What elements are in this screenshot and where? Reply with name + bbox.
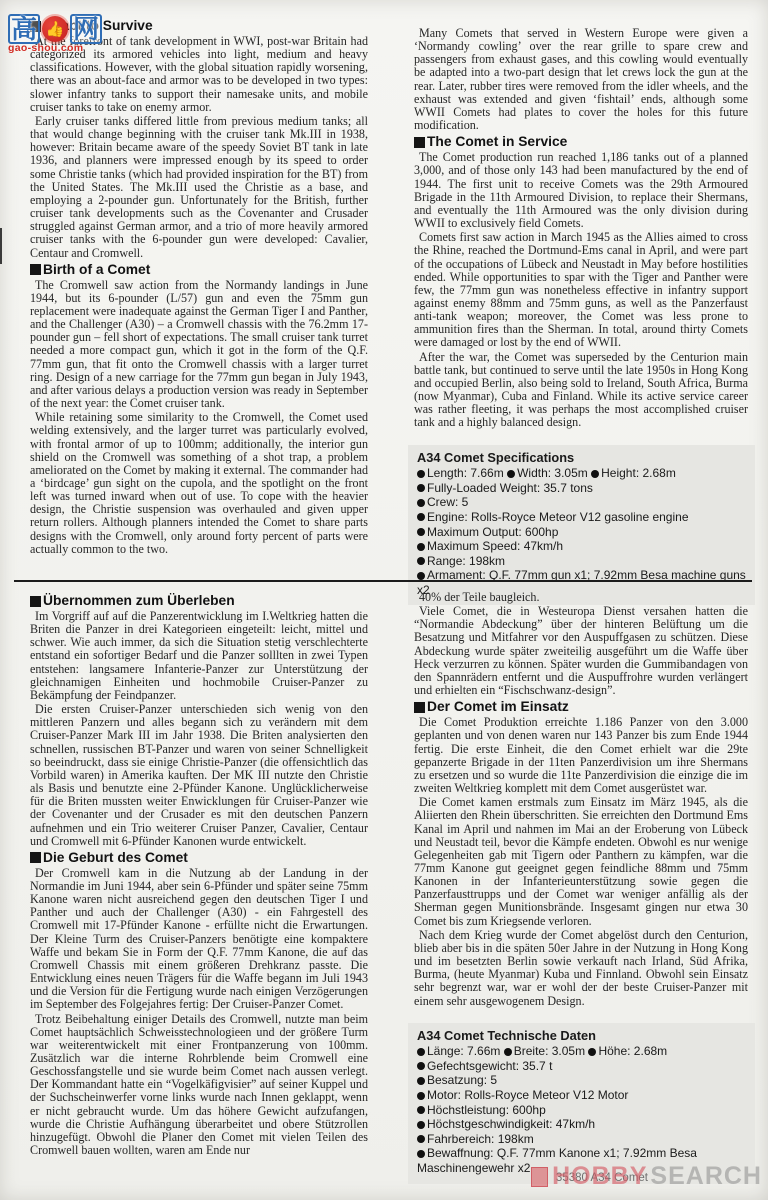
- heading-text: Birth of a Comet: [43, 262, 150, 278]
- heading-text: Übernommen zum Überleben: [43, 593, 235, 609]
- paragraph: After the war, the Comet was superseded …: [414, 351, 748, 430]
- column-english-right: Many Comets that served in Western Europ…: [414, 16, 748, 605]
- spec-item: Fahrbereich: 198km: [417, 1132, 746, 1147]
- paragraph: 40% der Teile baugleich.: [414, 591, 748, 604]
- column-german-left: Übernommen zum Überleben Im Vorgriff auf…: [30, 591, 368, 1158]
- specs-row-dimensions: Length: 7.66m Width: 3.05m Height: 2.68m: [417, 466, 746, 481]
- bullet-dot-icon: [417, 1062, 425, 1070]
- section-marker-square-icon: [30, 264, 41, 275]
- paragraph: Early cruiser tanks differed little from…: [30, 115, 368, 260]
- paragraph: Die Comet kamen erstmals zum Einsatz im …: [414, 796, 748, 928]
- section-marker-square-icon: [414, 702, 425, 713]
- paragraph: The Cromwell saw action from the Normand…: [30, 279, 368, 411]
- hobbysearch-logo-icon: [531, 1167, 548, 1187]
- spec-text: Maximum Output: 600hp: [427, 525, 558, 539]
- spec-item: Width: 3.05m: [507, 466, 588, 481]
- gaoshou-watermark: 高 👍 网 gao-shou.com: [8, 14, 128, 54]
- spec-text: Length: 7.66m: [427, 466, 504, 480]
- paragraph: Die Comet Produktion erreichte 1.186 Pan…: [414, 716, 748, 795]
- paragraph: Im Vorgriff auf auf die Panzerentwicklun…: [30, 610, 368, 702]
- paragraph: While retaining some similarity to the C…: [30, 411, 368, 556]
- specs-title: A34 Comet Specifications: [417, 451, 746, 466]
- heading-text: Der Comet im Einsatz: [427, 699, 569, 715]
- specs-title: A34 Comet Technische Daten: [417, 1029, 746, 1044]
- gaoshou-char-gao: 高: [8, 14, 40, 44]
- bullet-dot-icon: [417, 1150, 425, 1158]
- spec-text: Width: 3.05m: [517, 466, 588, 480]
- paragraph: Die ersten Cruiser-Panzer unterschieden …: [30, 703, 368, 848]
- column-english-left: Adapt to Survive At the forefront of tan…: [30, 16, 368, 557]
- spec-item: Range: 198km: [417, 554, 746, 569]
- heading-text: Die Geburt des Comet: [43, 850, 188, 866]
- bullet-dot-icon: [417, 1048, 425, 1056]
- bullet-dot-icon: [417, 557, 425, 565]
- spec-item: Maximum Speed: 47km/h: [417, 539, 746, 554]
- spec-text: Engine: Rolls-Royce Meteor V12 gasoline …: [427, 510, 689, 524]
- instruction-manual-page: 高 👍 网 gao-shou.com Adapt to Survive At t…: [0, 0, 768, 1200]
- spec-text: Höchstleistung: 600hp: [427, 1103, 546, 1117]
- bullet-dot-icon: [417, 513, 425, 521]
- bullet-dot-icon: [417, 470, 425, 478]
- bullet-dot-icon: [417, 484, 425, 492]
- spec-text: Height: 2.68m: [601, 466, 676, 480]
- section-heading-comet-im-einsatz: Der Comet im Einsatz: [414, 699, 748, 715]
- spec-item: Gefechtsgewicht: 35.7 t: [417, 1059, 746, 1074]
- bullet-dot-icon: [417, 1135, 425, 1143]
- bullet-dot-icon: [417, 572, 425, 580]
- paragraph: Viele Comet, die in Westeuropa Dienst ve…: [414, 605, 748, 697]
- hobbysearch-watermark: HOBBY SEARCH: [531, 1162, 762, 1191]
- spec-text: Fahrbereich: 198km: [427, 1132, 534, 1146]
- bullet-dot-icon: [417, 1092, 425, 1100]
- gaoshou-watermark-row: 高 👍 网: [8, 14, 128, 44]
- hobbysearch-word-search: SEARCH: [650, 1162, 762, 1191]
- spec-text: Höhe: 2.68m: [598, 1044, 667, 1058]
- spec-item: Länge: 7.66m: [417, 1044, 500, 1059]
- section-heading-comet-in-service: The Comet in Service: [414, 134, 748, 150]
- bullet-dot-icon: [417, 1121, 425, 1129]
- section-heading-geburt-des-comet: Die Geburt des Comet: [30, 850, 368, 866]
- bullet-dot-icon: [417, 543, 425, 551]
- spec-text: Höchstgeschwindigkeit: 47km/h: [427, 1117, 595, 1131]
- spec-item: Engine: Rolls-Royce Meteor V12 gasoline …: [417, 510, 746, 525]
- paragraph: Nach dem Krieg wurde der Comet abgelöst …: [414, 929, 748, 1008]
- spec-text: Besatzung: 5: [427, 1073, 497, 1087]
- bullet-dot-icon: [504, 1048, 512, 1056]
- paragraph: Comets first saw action in March 1945 as…: [414, 231, 748, 349]
- section-marker-square-icon: [414, 137, 425, 148]
- spec-text: Breite: 3.05m: [514, 1044, 585, 1058]
- spec-text: Fully-Loaded Weight: 35.7 tons: [427, 481, 593, 495]
- spec-item: Breite: 3.05m: [504, 1044, 585, 1059]
- scan-edge-artifact: [0, 228, 2, 264]
- spec-item: Fully-Loaded Weight: 35.7 tons: [417, 481, 746, 496]
- spec-text: Gefechtsgewicht: 35.7 t: [427, 1059, 552, 1073]
- spec-item: Crew: 5: [417, 495, 746, 510]
- bullet-dot-icon: [417, 528, 425, 536]
- spec-text: Länge: 7.66m: [427, 1044, 500, 1058]
- bullet-dot-icon: [591, 470, 599, 478]
- spec-text: Maximum Speed: 47km/h: [427, 539, 563, 553]
- paragraph: Trotz Beibehaltung einiger Details des C…: [30, 1013, 368, 1158]
- bullet-dot-icon: [417, 499, 425, 507]
- spec-text: Crew: 5: [427, 495, 468, 509]
- gaoshou-char-wang: 网: [70, 14, 102, 44]
- column-german-right: 40% der Teile baugleich. Viele Comet, di…: [414, 591, 748, 1184]
- specs-box-german: A34 Comet Technische Daten Länge: 7.66m …: [408, 1023, 755, 1184]
- spec-item: Höhe: 2.68m: [588, 1044, 667, 1059]
- spec-text: Motor: Rolls-Royce Meteor V12 Motor: [427, 1088, 628, 1102]
- section-marker-square-icon: [30, 596, 41, 607]
- specs-row-dimensions: Länge: 7.66m Breite: 3.05m Höhe: 2.68m: [417, 1044, 746, 1059]
- language-divider-rule: [14, 580, 752, 582]
- gaoshou-url-text: gao-shou.com: [8, 42, 128, 54]
- spec-text: Range: 198km: [427, 554, 505, 568]
- spec-item: Height: 2.68m: [591, 466, 676, 481]
- section-heading-uebernommen: Übernommen zum Überleben: [30, 593, 368, 609]
- bullet-dot-icon: [417, 1077, 425, 1085]
- heading-text: The Comet in Service: [427, 134, 567, 150]
- section-marker-square-icon: [30, 852, 41, 863]
- bullet-dot-icon: [588, 1048, 596, 1056]
- spec-item: Höchstgeschwindigkeit: 47km/h: [417, 1117, 746, 1132]
- paragraph: Der Cromwell kam in die Nutzung ab der L…: [30, 867, 368, 1012]
- paragraph: The Comet production run reached 1,186 t…: [414, 151, 748, 230]
- paragraph: Many Comets that served in Western Europ…: [414, 27, 748, 132]
- spec-item: Motor: Rolls-Royce Meteor V12 Motor: [417, 1088, 746, 1103]
- spec-item: Maximum Output: 600hp: [417, 525, 746, 540]
- spec-item: Length: 7.66m: [417, 466, 504, 481]
- section-heading-birth-of-a-comet: Birth of a Comet: [30, 262, 368, 278]
- bullet-dot-icon: [417, 1106, 425, 1114]
- gaoshou-thumb-icon: 👍: [42, 16, 68, 42]
- spec-item: Besatzung: 5: [417, 1073, 746, 1088]
- bullet-dot-icon: [507, 470, 515, 478]
- spec-item: Höchstleistung: 600hp: [417, 1103, 746, 1118]
- hobbysearch-word-hobby: HOBBY: [552, 1162, 647, 1191]
